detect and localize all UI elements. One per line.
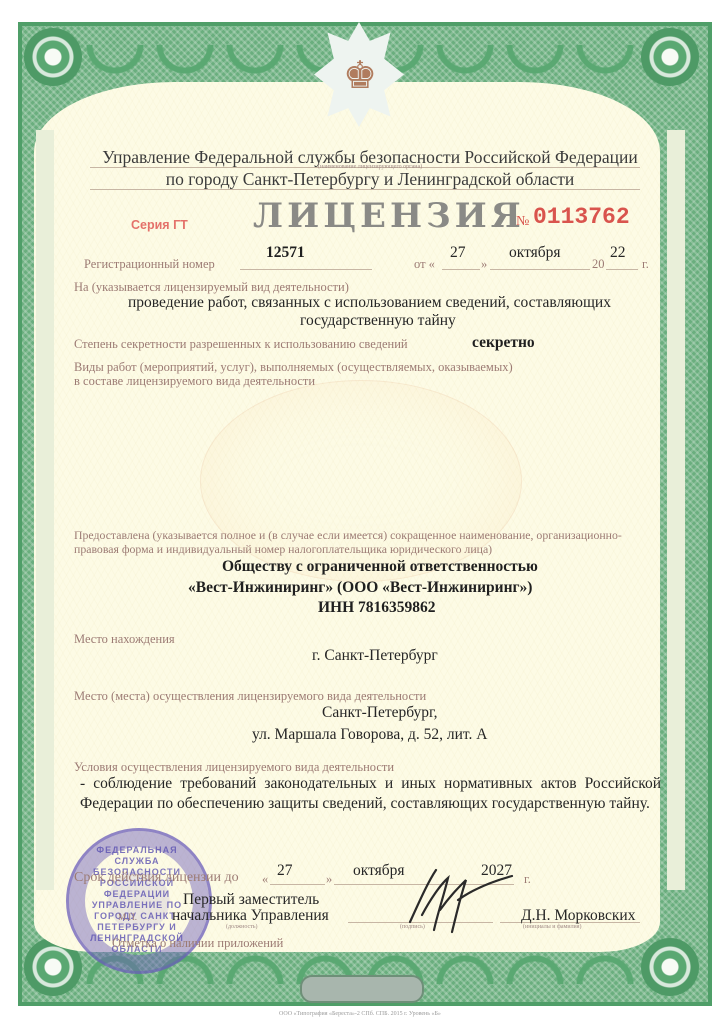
work-types-label-1: Виды работ (мероприятий, услуг), выполня…: [74, 360, 513, 375]
issuer-line-2: по городу Санкт-Петербургу и Ленинградск…: [60, 169, 680, 190]
validity-day-line: [270, 884, 325, 885]
validity-year-unit: г.: [524, 872, 531, 887]
issue-month: октября: [509, 244, 561, 262]
rosette-ornament-icon: [641, 28, 699, 86]
conditions-label: Условия осуществления лицензируемого вид…: [74, 760, 394, 775]
left-margin-band: [36, 130, 54, 890]
licensee-name-1: Обществу с ограниченной ответственностью: [222, 558, 538, 576]
handwritten-signature: [400, 860, 520, 940]
validity-open-quote: «: [262, 872, 268, 887]
issue-day: 27: [450, 244, 466, 262]
secrecy-label: Степень секретности разрешенных к исполь…: [74, 337, 408, 352]
issue-date-from-label: от «: [414, 257, 435, 272]
issue-date-close-quote: »: [481, 257, 487, 272]
activity-place-line-1: Санкт-Петербург,: [322, 704, 438, 722]
signatory-name: Д.Н. Морковских: [521, 907, 635, 925]
seal-label: М.П.: [118, 912, 137, 922]
license-number: 0113762: [533, 204, 630, 230]
issuer-underline: [90, 189, 640, 190]
licensee-name-2: «Вест-Инжиниринг» (ООО «Вест-Инжиниринг»…: [188, 579, 532, 597]
secrecy-value: секретно: [472, 334, 535, 352]
number-sign: №: [516, 214, 529, 230]
licensee-label-2: правовая форма и индивидуальный номер на…: [74, 542, 492, 557]
right-margin-band: [667, 130, 685, 890]
licensee-label-1: Предоставлена (указывается полное и (в с…: [74, 528, 622, 543]
year-prefix: 20: [592, 257, 605, 272]
conditions-line-2: Федерации по обеспечению защиты сведений…: [80, 795, 650, 813]
issuer-caption: (наименование лицензирующего органа): [318, 164, 422, 170]
reg-number-value: 12571: [266, 244, 305, 262]
double-headed-eagle-icon: ♚: [340, 48, 380, 104]
issue-year-line: [606, 269, 638, 270]
validity-day: 27: [277, 862, 293, 880]
position-caption: (должность): [226, 924, 258, 930]
activity-place-line-2: ул. Маршала Говорова, д. 52, лит. А: [252, 726, 487, 744]
activity-line-1: проведение работ, связанных с использова…: [128, 294, 611, 312]
rosette-ornament-icon: [24, 28, 82, 86]
document-title: ЛИЦЕНЗИЯ: [253, 196, 525, 236]
issue-year-suffix: 22: [610, 244, 626, 262]
validity-label: Срок действия лицензии до: [74, 870, 239, 886]
conditions-line-1: - соблюдение требований законодательных …: [80, 775, 661, 793]
issue-day-line: [442, 269, 480, 270]
signatory-position-2: начальника Управления: [172, 907, 329, 925]
series-label: Серия ГТ: [131, 218, 188, 232]
activity-label: На (указывается лицензируемый вид деятел…: [74, 280, 349, 295]
work-types-label-2: в составе лицензируемого вида деятельнос…: [74, 374, 315, 389]
activity-place-label: Место (места) осуществления лицензируемо…: [74, 689, 426, 704]
location-label: Место нахождения: [74, 632, 175, 647]
name-caption: (инициалы и фамилия): [523, 924, 582, 930]
validity-month: октября: [353, 862, 405, 880]
licensee-inn: ИНН 7816359862: [318, 599, 436, 617]
year-unit: г.: [642, 257, 649, 272]
activity-line-2: государственную тайну: [300, 312, 456, 330]
bottom-cartouche-ornament: [300, 975, 424, 1003]
rosette-ornament-icon: [641, 938, 699, 996]
location-value: г. Санкт-Петербург: [312, 647, 438, 665]
issue-month-line: [490, 269, 590, 270]
reg-number-label: Регистрационный номер: [84, 257, 215, 272]
printer-imprint: ООО «Типография «Береста»-2 СПб. СПБ. 20…: [200, 1011, 520, 1017]
attachments-label: Отметка о наличии приложений: [112, 936, 283, 951]
validity-close-quote: »: [326, 872, 332, 887]
reg-number-line: [240, 269, 372, 270]
